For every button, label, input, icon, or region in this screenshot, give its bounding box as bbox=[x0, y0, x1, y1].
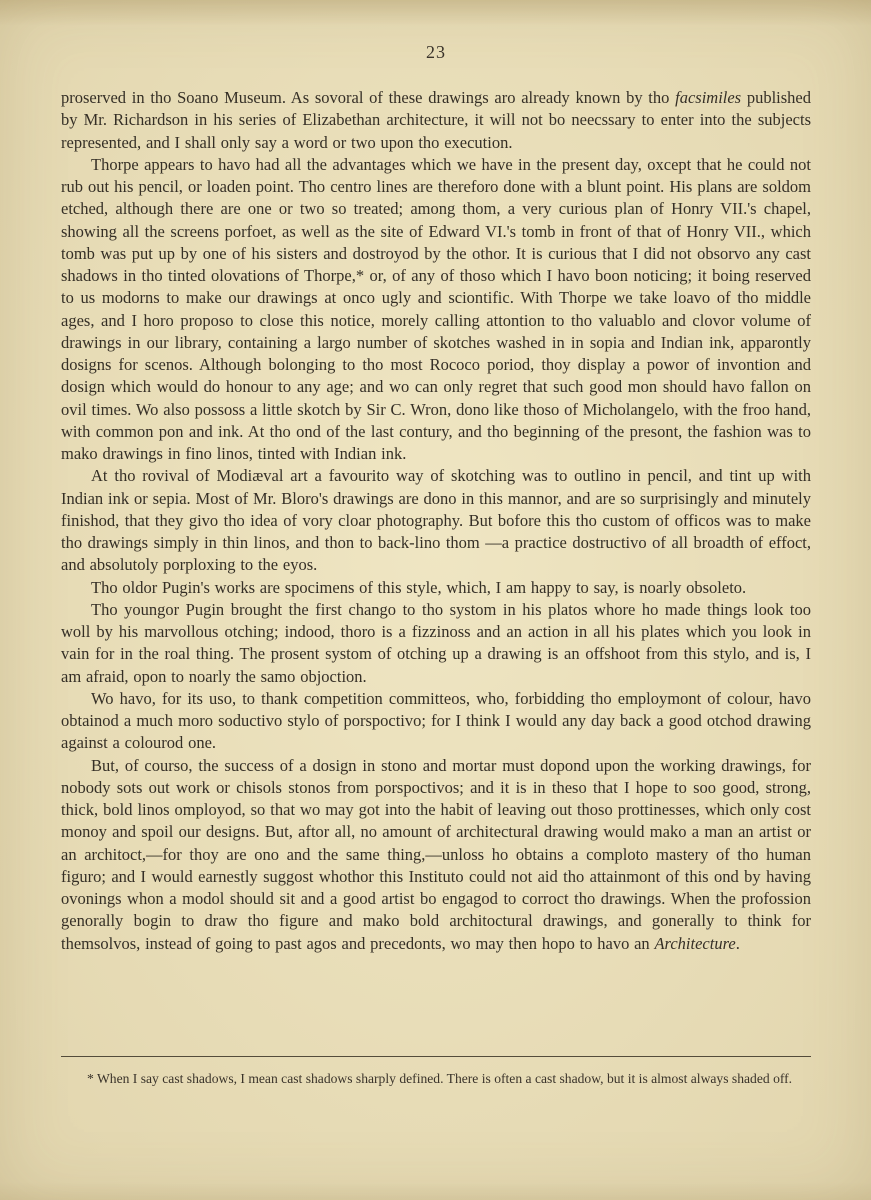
footnote-divider bbox=[61, 1056, 811, 1057]
paragraph: proserved in tho Soano Museum. As sovora… bbox=[61, 87, 811, 154]
footnote-text: * When I say cast shadows, I mean cast s… bbox=[61, 1068, 811, 1089]
text-segment: Tho youngor Pugin brought the first chan… bbox=[61, 600, 811, 686]
book-page: 23 proserved in tho Soano Museum. As sov… bbox=[0, 0, 871, 1200]
text-segment: . bbox=[736, 934, 740, 953]
paragraph: Tho oldor Pugin's works are spocimens of… bbox=[61, 577, 811, 599]
paragraph: At tho rovival of Modiæval art a favouri… bbox=[61, 465, 811, 576]
text-segment: facsimiles bbox=[675, 88, 741, 107]
text-segment: Architecture bbox=[654, 934, 735, 953]
text-segment: But, of courso, the success of a dosign … bbox=[61, 756, 811, 953]
text-segment: At tho rovival of Modiæval art a favouri… bbox=[61, 466, 811, 574]
paragraph: Wo havo, for its uso, to thank competiti… bbox=[61, 688, 811, 755]
text-segment: Thorpe appears to havo had all the advan… bbox=[61, 155, 811, 463]
text-segment: proserved in tho Soano Museum. As sovora… bbox=[61, 88, 675, 107]
paragraph: But, of courso, the success of a dosign … bbox=[61, 755, 811, 955]
text-segment: Wo havo, for its uso, to thank competiti… bbox=[61, 689, 811, 753]
body-text: proserved in tho Soano Museum. As sovora… bbox=[61, 87, 811, 955]
paragraph: Tho youngor Pugin brought the first chan… bbox=[61, 599, 811, 688]
page-number: 23 bbox=[61, 42, 811, 63]
paragraph: Thorpe appears to havo had all the advan… bbox=[61, 154, 811, 466]
text-segment: Tho oldor Pugin's works are spocimens of… bbox=[91, 578, 746, 597]
